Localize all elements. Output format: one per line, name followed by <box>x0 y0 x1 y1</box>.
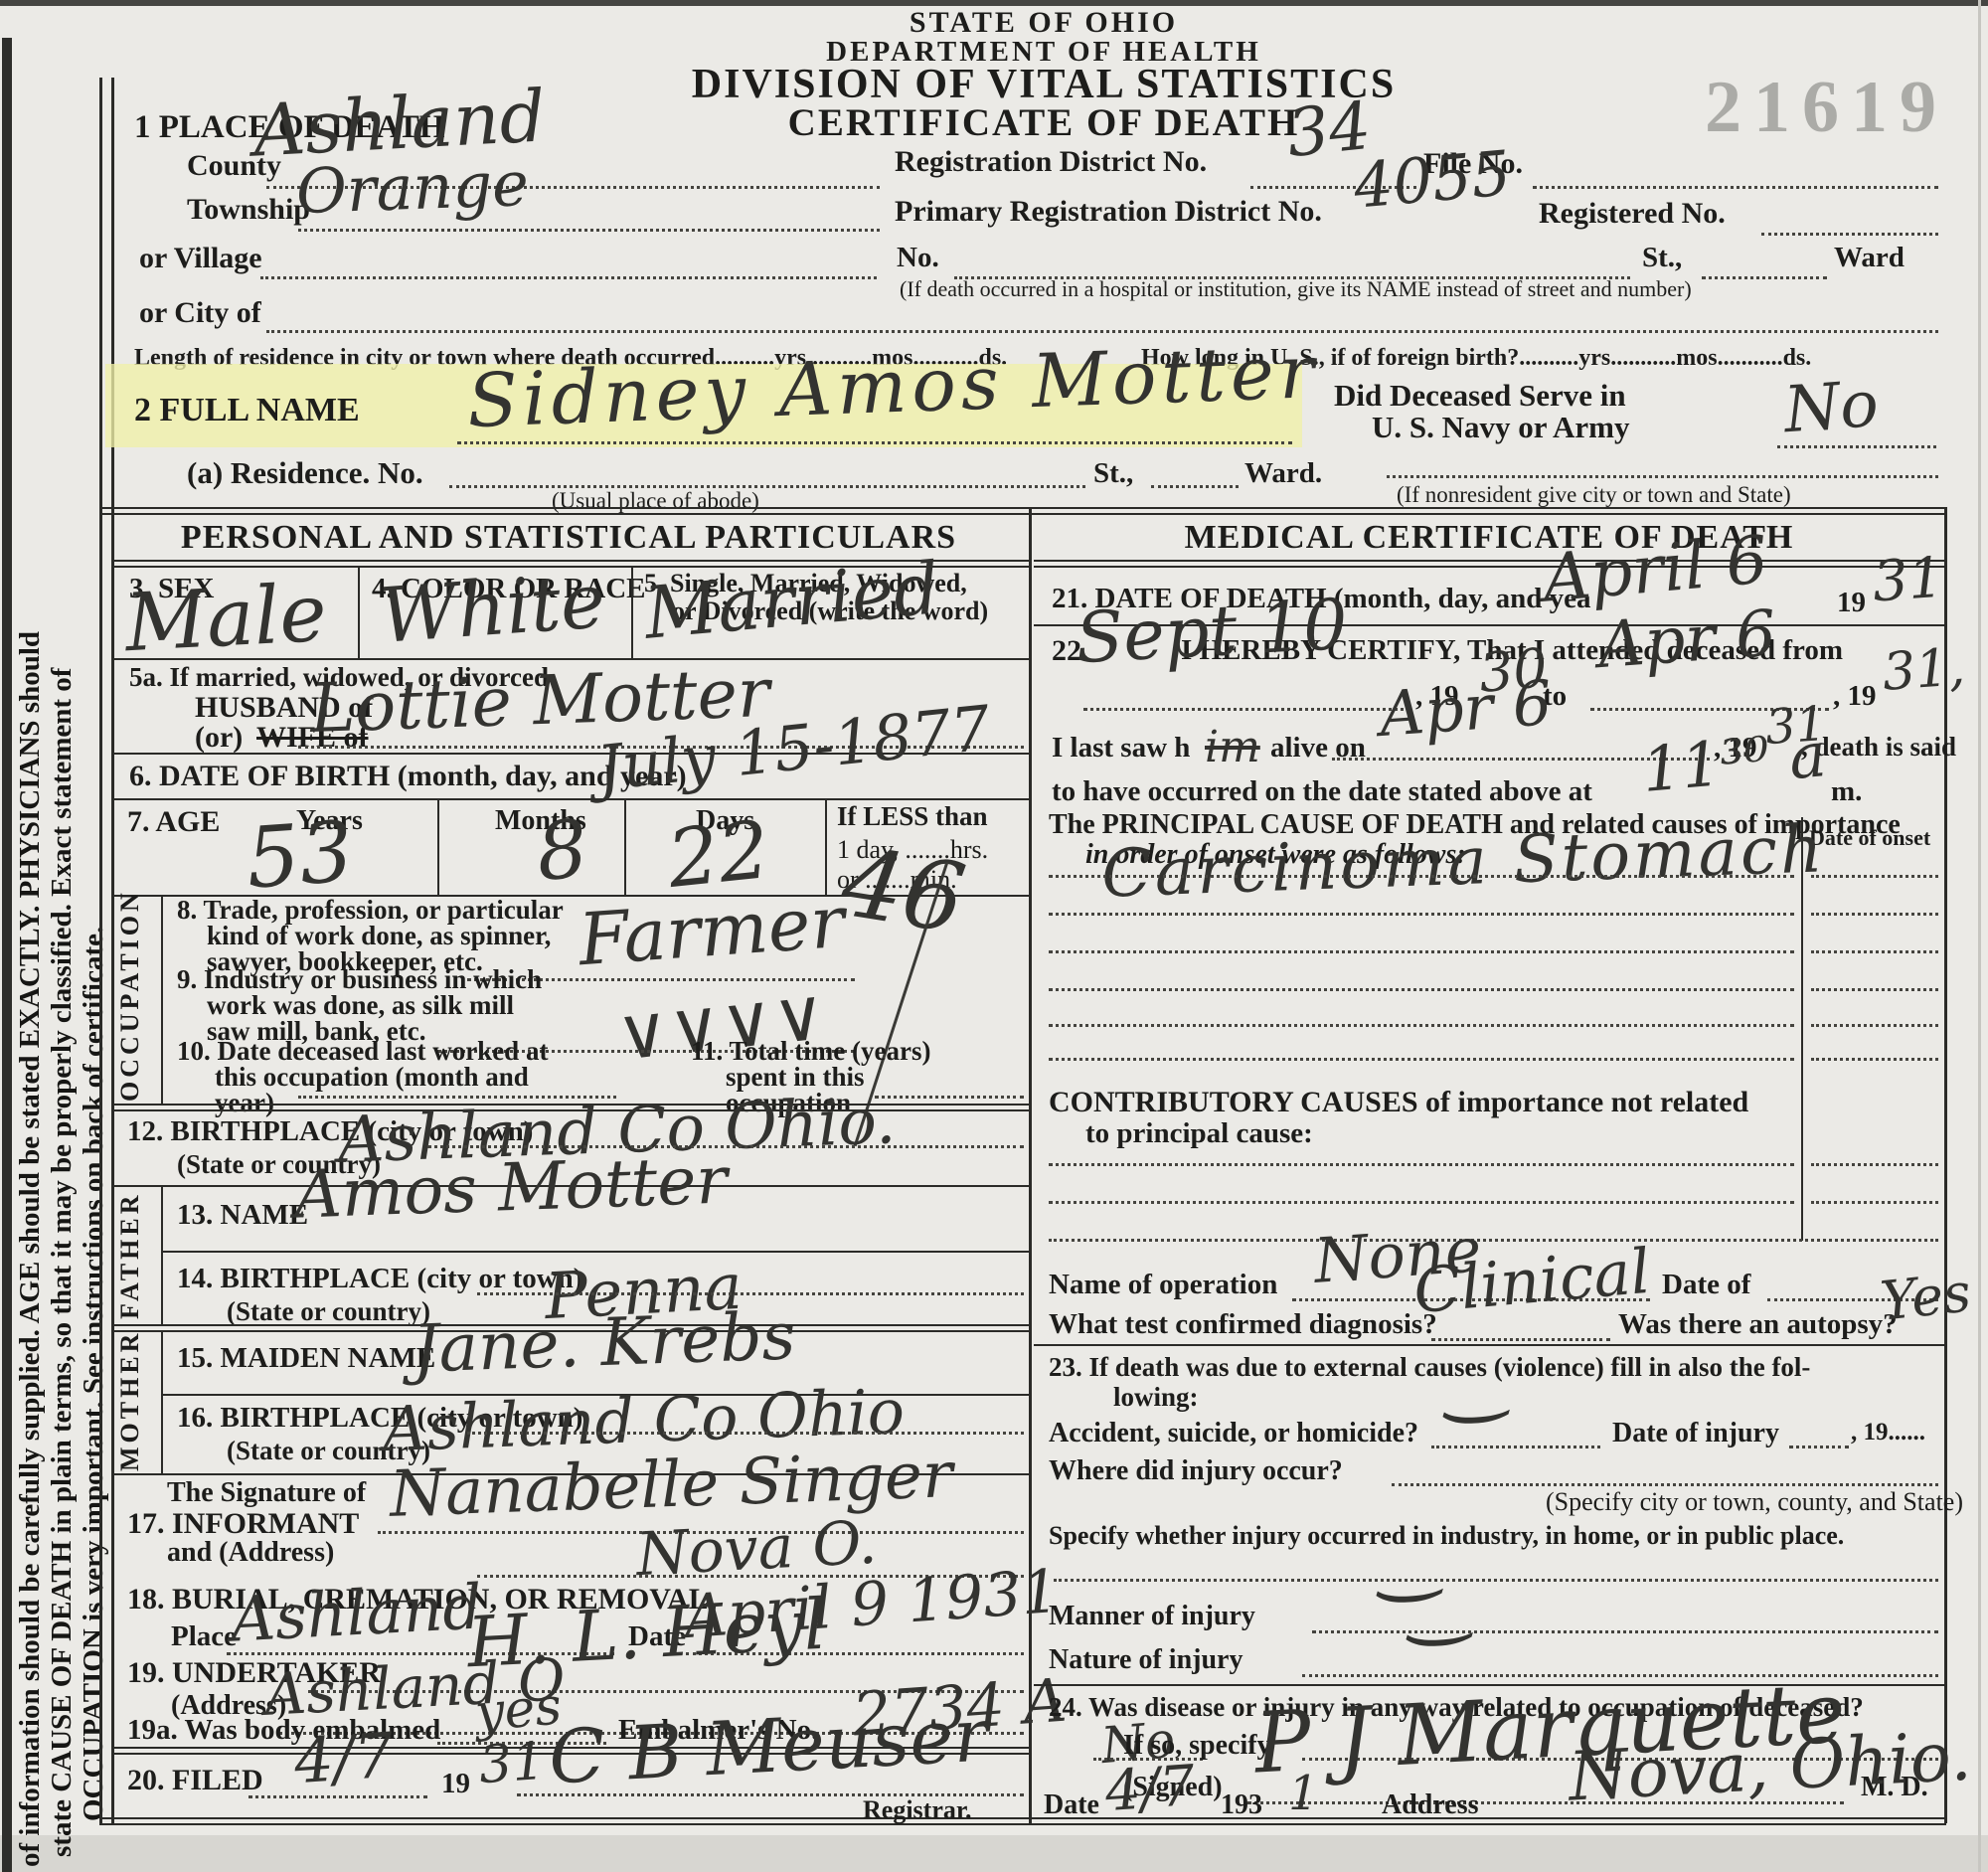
to-year-print: , 19 <box>1833 682 1877 712</box>
rule <box>99 513 1946 515</box>
rule <box>1034 1344 1944 1346</box>
margin-note-line3: OCCUPATION is very important. See instru… <box>78 927 110 1821</box>
father-name-label: 13. NAME <box>177 1201 308 1231</box>
rule <box>111 658 1029 660</box>
rule <box>99 1817 1946 1819</box>
service-line <box>1777 445 1936 448</box>
death-time-value: 11³⁰ a <box>1640 724 1829 801</box>
residence-line <box>449 485 1085 488</box>
spouse-label-3: (or) <box>195 723 243 754</box>
contributory-line-onset <box>1811 1201 1938 1204</box>
contributory-line <box>1049 1201 1794 1204</box>
township-line <box>298 229 880 232</box>
embalmed-label: 19a. Was body embalmed <box>127 1716 440 1746</box>
rule <box>99 507 1946 509</box>
age-label: 7. AGE <box>127 807 220 838</box>
accident-mark: ⌣ <box>1422 1372 1511 1447</box>
occupation-side-label: OCCUPATION <box>115 897 145 1102</box>
street-no-label: No. <box>897 244 939 273</box>
time-m-label: m. <box>1831 777 1862 807</box>
registered-no-line <box>1761 233 1938 236</box>
onset-column-label: Date of onset <box>1809 827 1930 849</box>
informant-label-3: and (Address) <box>167 1539 334 1568</box>
cause-line <box>1049 1058 1794 1061</box>
cell-divider <box>437 798 439 895</box>
signed-date-value: 4/7 <box>1103 1759 1197 1820</box>
burial-place-value: Ashland <box>230 1576 484 1650</box>
right-paper-crease <box>1978 0 1981 1872</box>
margin-note-line1: of information should be carefully suppl… <box>14 631 47 1867</box>
cause-line-onset <box>1811 913 1938 916</box>
cause-line-onset <box>1811 950 1938 953</box>
contributory-line <box>1049 1239 1938 1242</box>
service-label-1: Did Deceased Serve in <box>1334 380 1626 412</box>
ward-label: Ward <box>1834 244 1905 273</box>
medical-section-title: MEDICAL CERTIFICATE OF DEATH <box>1034 521 1944 556</box>
last-saw-date-value: Apr 6 <box>1378 672 1554 746</box>
bottom-edge-shadow <box>0 1835 1988 1872</box>
cause-line-onset <box>1811 1024 1938 1027</box>
date-of-injury-line <box>1789 1446 1849 1448</box>
rule <box>162 1251 1029 1253</box>
attended-from-value: Sept 10 <box>1074 590 1349 673</box>
manner-label: Manner of injury <box>1049 1603 1255 1631</box>
autopsy-label: Was there an autopsy? <box>1618 1310 1898 1340</box>
rule <box>1034 566 1944 568</box>
filed-date-value: 4/7 <box>292 1725 396 1793</box>
right-border <box>1944 507 1947 1823</box>
dod-year-value: 31 <box>1871 551 1945 611</box>
race-value: White <box>378 563 608 654</box>
cell-divider <box>358 566 360 658</box>
cause-line-onset <box>1811 875 1938 878</box>
father-name-value: Amos Motter <box>293 1147 729 1228</box>
fullname-line <box>457 441 1292 444</box>
father-bp-state-label: (State or country) <box>227 1298 430 1326</box>
contributory-line-onset <box>1811 1163 1938 1166</box>
file-no-line <box>1533 186 1938 189</box>
nature-mark: ⌣ <box>1386 1595 1474 1669</box>
service-value: No <box>1782 373 1881 442</box>
specify-blank-line <box>1054 1579 1938 1582</box>
left-margin-bar <box>2 38 12 1872</box>
specify-injury-label: Specify whether injury occurred in indus… <box>1049 1523 1844 1550</box>
signed-date-label: Date <box>1044 1791 1099 1820</box>
village-line <box>260 276 877 279</box>
item23-line2: lowing: <box>1113 1384 1199 1412</box>
date-of-injury-label: Date of injury <box>1612 1420 1779 1448</box>
residence-label: (a) Residence. No. <box>187 457 423 489</box>
township-label: Township <box>187 195 310 226</box>
attended-from-line <box>1083 708 1411 711</box>
injury-year-print: , 19...... <box>1851 1420 1925 1446</box>
rule <box>1034 560 1944 562</box>
cause-line <box>1049 875 1794 878</box>
father-bp-line <box>477 1292 1024 1295</box>
father-side-label: FATHER <box>115 1189 145 1322</box>
cause-line <box>1049 913 1794 916</box>
service-label-2: U. S. Navy or Army <box>1372 412 1629 443</box>
fullname-label: 2 FULL NAME <box>134 394 360 428</box>
filed-label: 20. FILED <box>127 1766 263 1796</box>
test-label: What test confirmed diagnosis? <box>1049 1310 1437 1340</box>
operation-date-label: Date of <box>1662 1271 1750 1300</box>
operation-label: Name of operation <box>1049 1271 1277 1300</box>
last-saw-strike: im <box>1205 726 1260 769</box>
rule <box>99 1823 1946 1825</box>
contributory-heading-2: to principal cause: <box>1085 1119 1313 1149</box>
village-label: or Village <box>139 244 262 274</box>
registered-no-label: Registered No. <box>1539 199 1726 230</box>
item11-line <box>875 1096 1024 1099</box>
to-year-value: 31, <box>1881 641 1966 699</box>
occupation-value: Farmer <box>577 886 847 975</box>
filed-year-print: 19 <box>441 1770 470 1799</box>
mother-name-label: 15. MAIDEN NAME <box>177 1344 435 1374</box>
contributory-heading-1: CONTRIBUTORY CAUSES of importance not re… <box>1049 1088 1748 1118</box>
mother-name-value: Jane. Krebs <box>412 1303 796 1382</box>
nonresident-note: (If nonresident give city or town and St… <box>1397 483 1791 506</box>
township-value: Orange <box>295 153 530 223</box>
st-line <box>1702 276 1827 279</box>
attended-to-value: Apr 6 <box>1596 602 1778 678</box>
father-bp-label: 14. BIRTHPLACE (city or town) <box>177 1265 582 1294</box>
dod-year-print: 19 <box>1837 589 1866 618</box>
ward2-line <box>1387 475 1938 478</box>
signed-year-value: 1 <box>1288 1770 1319 1817</box>
section-divider <box>161 1330 163 1473</box>
sex-value: Male <box>123 574 328 663</box>
death-certificate-scan: of information should be carefully suppl… <box>0 0 1988 1872</box>
city-line <box>266 330 1938 333</box>
accident-label: Accident, suicide, or homicide? <box>1049 1420 1418 1448</box>
filed-year-value: 31 <box>477 1736 547 1791</box>
where-injury-line <box>1392 1483 1938 1486</box>
primary-district-label: Primary Registration District No. <box>895 197 1322 228</box>
informant-label-2: 17. INFORMANT <box>127 1509 359 1540</box>
test-line <box>1431 1338 1610 1341</box>
hospital-note: (If death occurred in a hospital or inst… <box>900 278 1692 300</box>
filed-line <box>248 1795 427 1798</box>
contributory-line <box>1049 1163 1794 1166</box>
mother-side-label: MOTHER <box>115 1334 145 1471</box>
age-months-value: 8 <box>534 809 591 893</box>
accident-line <box>1431 1446 1600 1448</box>
autopsy-value: Yes <box>1878 1266 1973 1328</box>
cause-line <box>1049 1024 1794 1027</box>
cause-line-onset <box>1811 1058 1938 1061</box>
cell-divider <box>624 798 626 895</box>
header-state: STATE OF OHIO <box>696 8 1392 39</box>
informant-label-1: The Signature of <box>167 1479 366 1508</box>
cause-line <box>1049 988 1794 991</box>
signed-address-value: Nova, Ohio. <box>1567 1723 1972 1811</box>
occupation-scrawl-46: 46 <box>836 834 971 947</box>
section-divider <box>161 895 163 1104</box>
margin-note-line2: state CAUSE OF DEATH in plain terms, so … <box>46 668 79 1857</box>
nature-label: Nature of injury <box>1049 1646 1242 1675</box>
ward2-label: Ward. <box>1244 459 1322 489</box>
st-label: St., <box>1642 244 1682 273</box>
rule <box>111 798 1029 800</box>
age-years-value: 53 <box>244 809 355 900</box>
registrar-label: Registrar. <box>863 1797 972 1824</box>
margin-rule-outer <box>99 78 102 1825</box>
cause-line-onset <box>1811 988 1938 991</box>
registrar-signature: C B Meuser <box>547 1698 990 1794</box>
st2-line <box>1151 485 1239 488</box>
mother-bp-line <box>467 1432 1024 1435</box>
where-injury-note: (Specify city or town, county, and State… <box>1546 1489 1963 1516</box>
st2-label: St., <box>1093 459 1133 489</box>
last-saw-text-1: I last saw h <box>1052 734 1190 764</box>
city-label: or City of <box>139 298 261 329</box>
test-value: Clinical <box>1411 1241 1653 1323</box>
margin-rule-inner <box>111 78 114 1825</box>
cause-line <box>1049 950 1794 953</box>
signed-year-print: 193 <box>1221 1791 1262 1820</box>
occurred-text: to have occurred on the date stated abov… <box>1052 777 1592 807</box>
signed-address-label: Address <box>1382 1791 1479 1820</box>
section-divider <box>161 1185 163 1324</box>
burial-place-label: Place <box>171 1622 237 1652</box>
certificate-stamp-number: 21619 <box>1705 66 1948 150</box>
primary-district-value: 4055 <box>1352 142 1514 218</box>
where-injury-label: Where did injury occur? <box>1049 1457 1343 1486</box>
reg-district-label: Registration District No. <box>895 147 1207 178</box>
cell-divider <box>631 566 633 658</box>
